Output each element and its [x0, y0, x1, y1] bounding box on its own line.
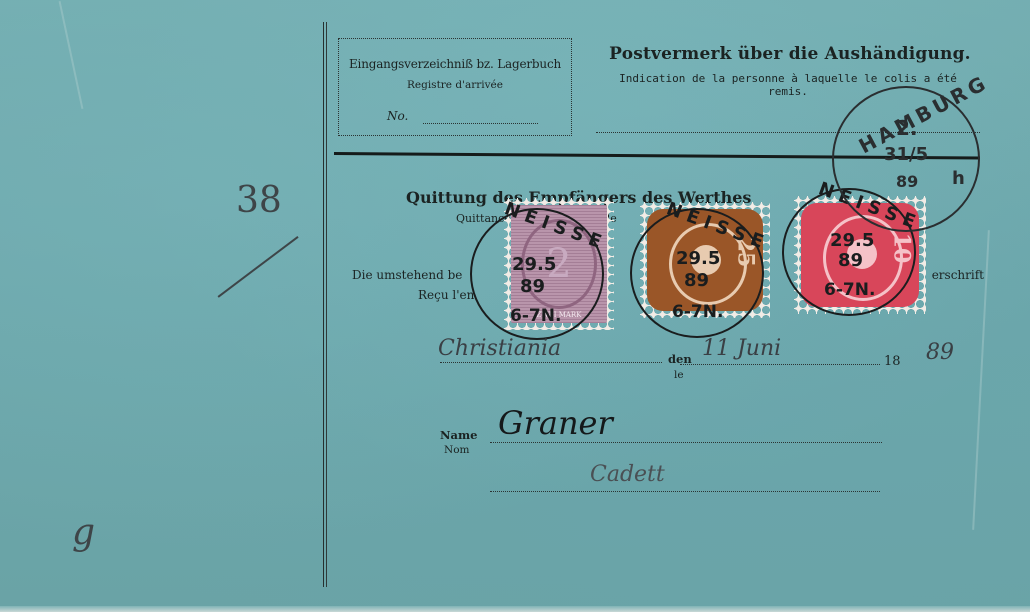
postmark-year: 89: [838, 250, 863, 271]
receipt-line1-start: Die umstehend be: [352, 268, 462, 282]
postmark-hamburg: HAMBURG 2. 31/5 89 h: [832, 86, 980, 232]
date-field[interactable]: [680, 364, 880, 365]
postmark-date: 31/5: [884, 144, 928, 165]
postmark-neisse-2: NEISSE 29.5 89 6-7N.: [630, 208, 764, 338]
register-number-label: No.: [387, 109, 408, 123]
postmark-date: 29.5: [512, 254, 556, 275]
receipt-text-line-2: Reçu l'en: [418, 288, 474, 302]
register-number-field[interactable]: [423, 123, 538, 124]
postmark-suffix: h: [952, 168, 965, 189]
register-box: Eingangsverzeichniß bz. Lagerbuch Regist…: [338, 38, 572, 136]
date-handwritten: 11 Juni: [702, 336, 781, 361]
postmark-time: 6-7N.: [510, 306, 561, 326]
postmark-date: 29.5: [676, 248, 720, 269]
postmark-year: 89: [684, 270, 709, 291]
postmark-office: 2.: [896, 116, 918, 140]
place-handwritten: Christiania: [438, 336, 561, 361]
postal-note-title: Postvermerk über die Aushändigung.: [600, 44, 980, 64]
register-title: Eingangsverzeichniß bz. Lagerbuch: [339, 57, 571, 71]
postmark-time: 6-7N.: [672, 302, 723, 322]
le-label: le: [674, 369, 684, 381]
place-field[interactable]: [440, 362, 662, 363]
column-divider: [323, 22, 324, 587]
year-prefix: 18: [884, 354, 901, 369]
name-handwritten: Graner: [498, 404, 613, 442]
second-name-field[interactable]: [490, 491, 880, 492]
name-field[interactable]: [490, 442, 882, 443]
second-name-handwritten: Cadett: [590, 462, 665, 487]
postmark-year: 89: [520, 276, 545, 297]
paper-edge: [0, 606, 1030, 612]
receipt-line1-end: erschrift: [932, 268, 984, 282]
nom-label: Nom: [444, 444, 469, 456]
year-handwritten: 89: [926, 340, 954, 365]
margin-initial: g: [72, 512, 95, 553]
postmark-time: 6-7N.: [824, 280, 875, 300]
name-label: Name: [440, 428, 477, 442]
postmark-year: 89: [896, 172, 918, 191]
postmark-date: 29.5: [830, 230, 874, 251]
register-subtitle: Registre d'arrivée: [339, 79, 571, 91]
margin-number: 38: [236, 180, 282, 221]
postmark-neisse-1: NEISSE 29.5 89 6-7N.: [470, 208, 604, 340]
